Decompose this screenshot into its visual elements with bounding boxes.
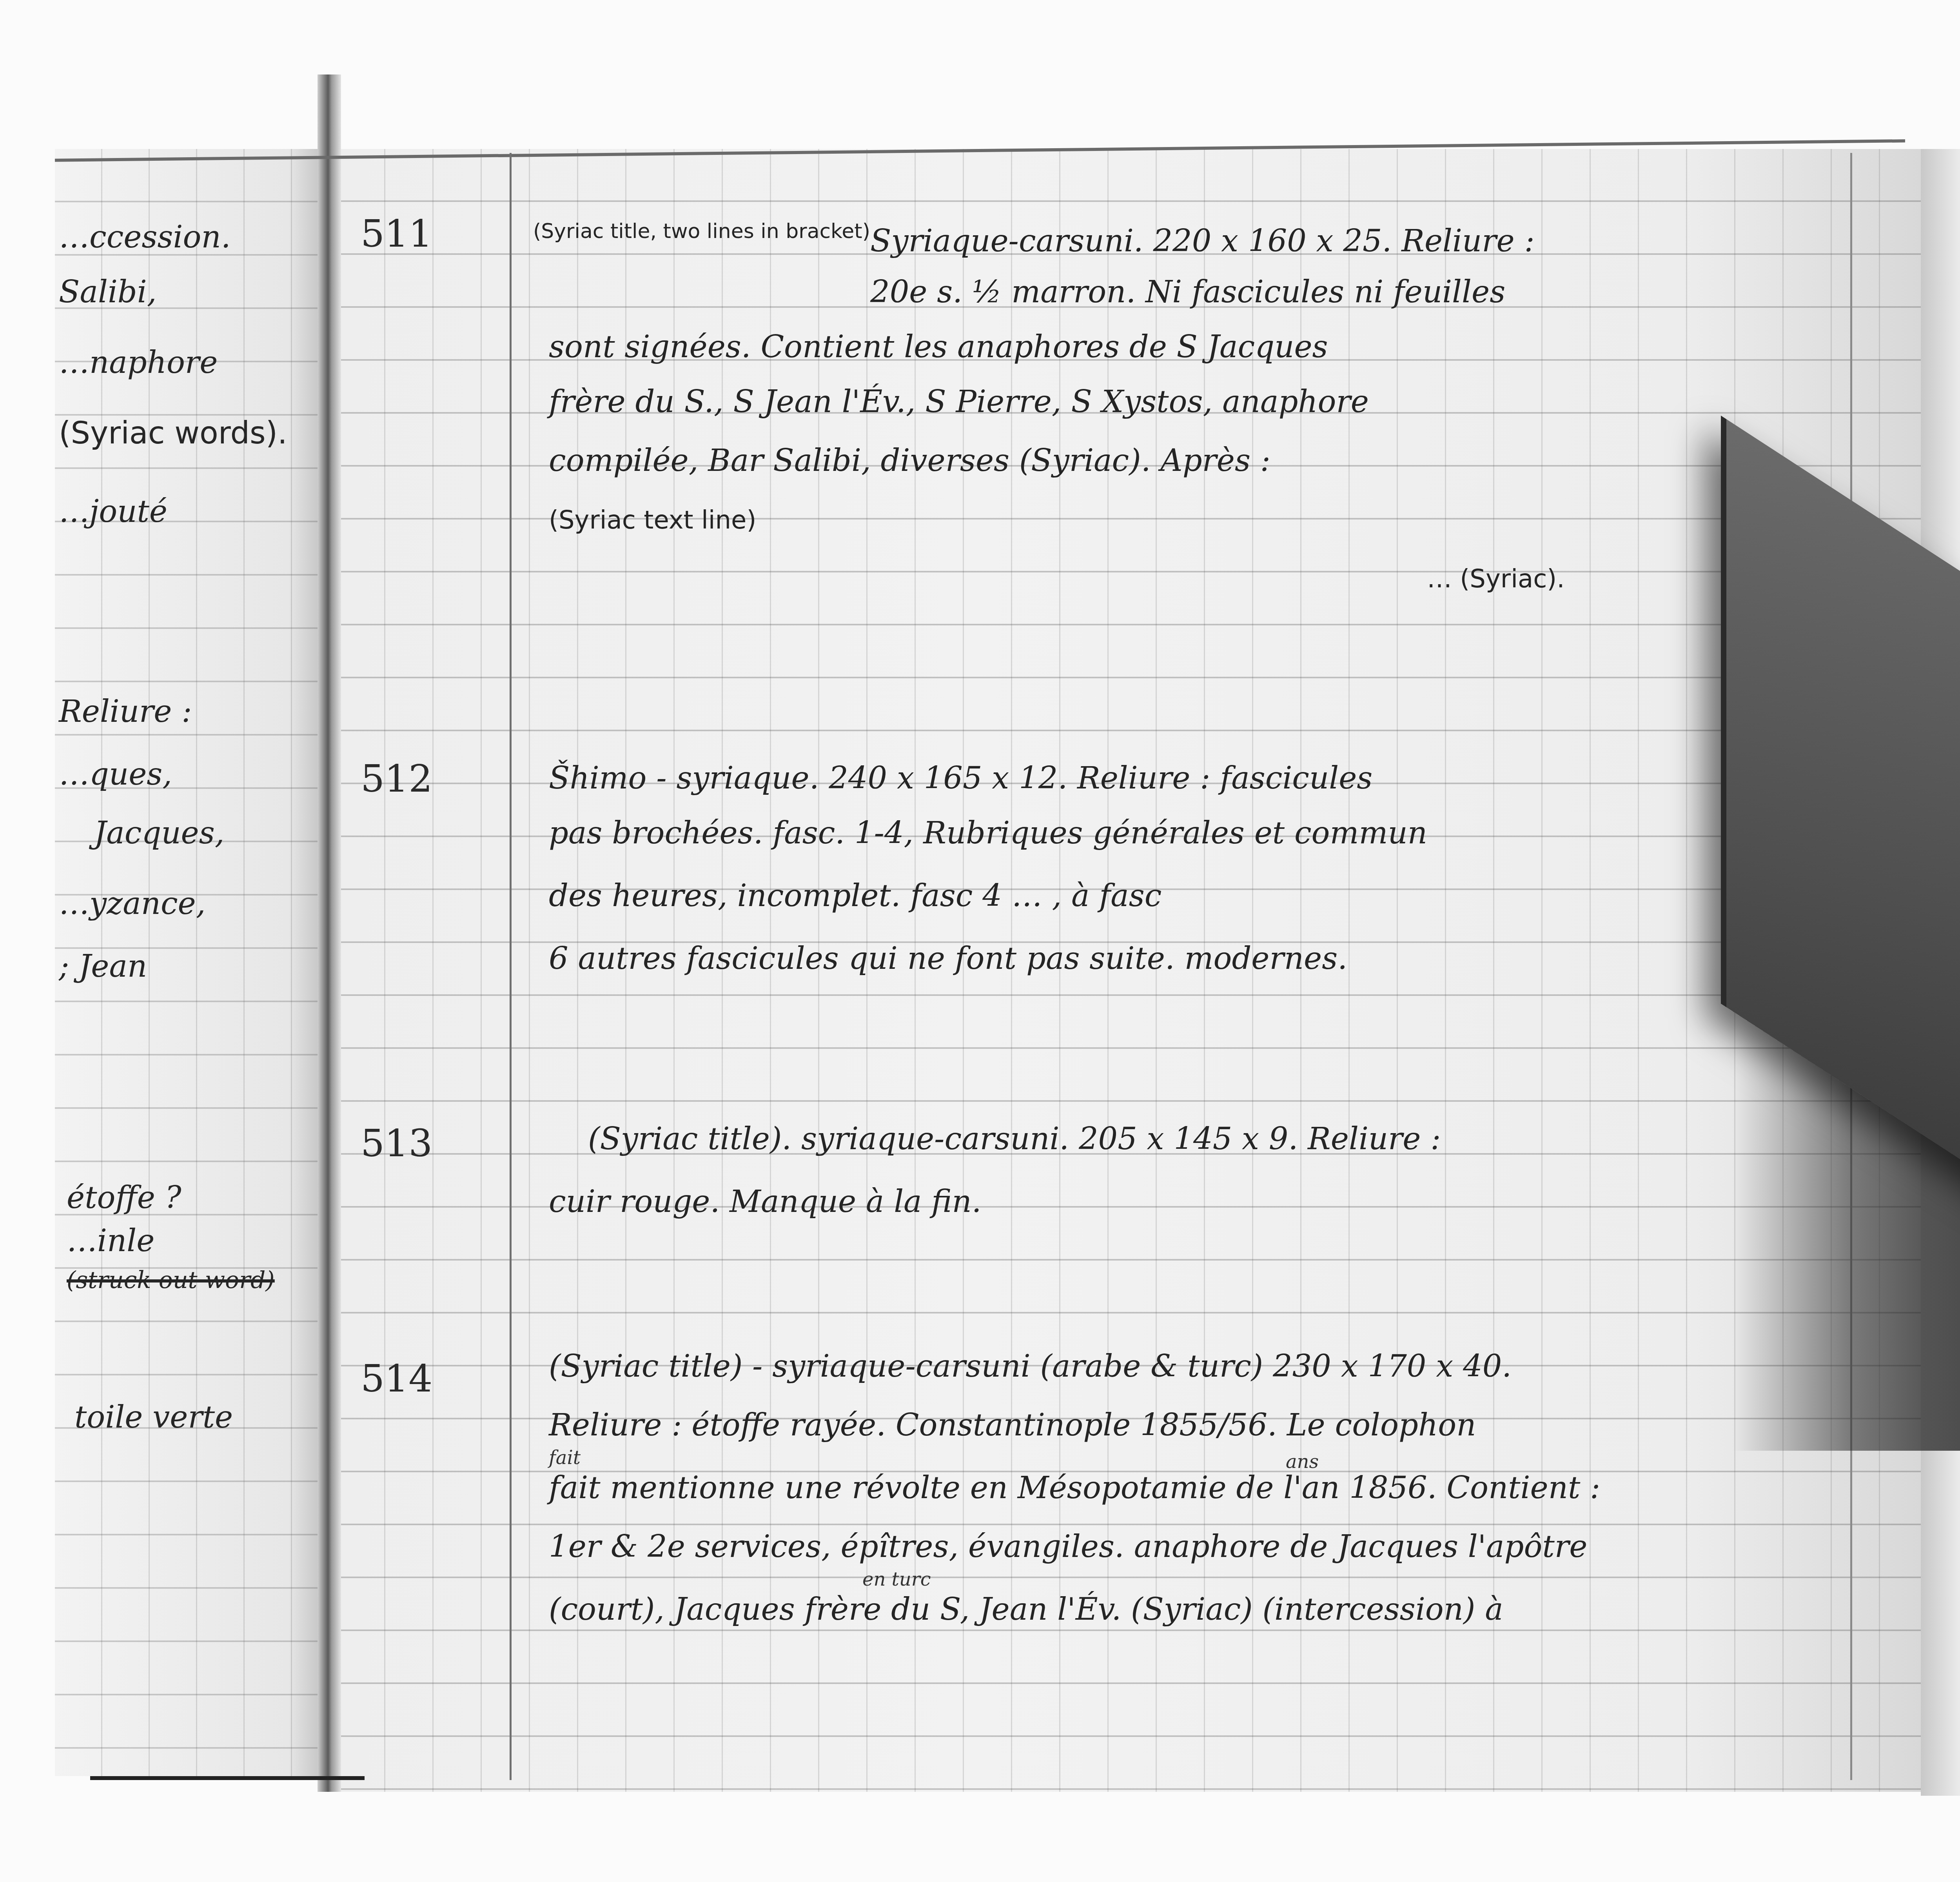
- margin-rule: [510, 153, 512, 1780]
- entry-number: 511: [361, 212, 432, 256]
- left-fragment: …yzance,: [59, 886, 206, 921]
- entry-line: cuir rouge. Manque à la fin.: [549, 1184, 981, 1219]
- entry-line: frère du S., S Jean l'Év., S Pierre, S X…: [549, 384, 1369, 420]
- left-fragment: …jouté: [59, 494, 167, 529]
- entry-line: pas brochées. fasc. 1-4, Rubriques génér…: [549, 816, 1427, 851]
- entry-line: (Syriac text line): [549, 506, 756, 535]
- entry-line: … (Syriac).: [1427, 565, 1565, 594]
- notebook-photo: …ccession. Salibi, …naphore (Syriac word…: [0, 0, 1960, 1882]
- entry-number: 514: [361, 1357, 432, 1401]
- entry-syriac-title: (Syriac title, two lines in bracket): [533, 220, 870, 243]
- left-fragment: étoffe ?: [67, 1180, 181, 1215]
- left-fragment: Salibi,: [59, 274, 157, 310]
- left-fragment: …ques,: [59, 757, 172, 792]
- interlinear-note: ans: [1286, 1451, 1319, 1473]
- entry-line: Šhimo - syriaque. 240 x 165 x 12. Reliur…: [549, 761, 1372, 796]
- interlinear-note: en turc: [862, 1568, 931, 1590]
- entry-line: (Syriac title) - syriaque-carsuni (arabe…: [549, 1349, 1512, 1384]
- left-fragment: …inle: [67, 1223, 154, 1259]
- entry-line: (court), Jacques frère du S, Jean l'Év. …: [549, 1592, 1503, 1627]
- left-fragment: ; Jean: [59, 949, 147, 984]
- entry-line: compilée, Bar Salibi, diverses (Syriac).…: [549, 443, 1270, 478]
- entry-line: fait mentionne une révolte en Mésopotami…: [549, 1470, 1600, 1506]
- entry-number: 513: [361, 1121, 432, 1165]
- left-fragment-struck: (struck-out word): [67, 1266, 275, 1294]
- entry-line: 1er & 2e services, épîtres, évangiles. a…: [549, 1529, 1587, 1564]
- interlinear-note: fait: [549, 1447, 581, 1469]
- entry-number: 512: [361, 757, 432, 801]
- left-fragment: …ccession.: [59, 220, 231, 255]
- left-fragment: Jacques,: [94, 816, 225, 851]
- notebook-gutter: [318, 74, 341, 1792]
- left-fragment: Reliure :: [59, 694, 192, 729]
- entry-line: 20e s. ½ marron. Ni fascicules ni feuill…: [870, 274, 1505, 310]
- bottom-rule: [90, 1776, 365, 1780]
- left-fragment: toile verte: [74, 1400, 233, 1435]
- left-fragment: …naphore: [59, 345, 218, 380]
- entry-line: 6 autres fascicules qui ne font pas suit…: [549, 941, 1347, 976]
- entry-line: (Syriac title). syriaque-carsuni. 205 x …: [588, 1121, 1441, 1157]
- entry-line: sont signées. Contient les anaphores de …: [549, 329, 1328, 365]
- entry-line: Syriaque-carsuni. 220 x 160 x 25. Reliur…: [870, 223, 1535, 259]
- left-fragment: (Syriac words).: [59, 416, 287, 451]
- entry-line: des heures, incomplet. fasc 4 … , à fasc: [549, 878, 1161, 914]
- entry-line: Reliure : étoffe rayée. Constantinople 1…: [549, 1408, 1476, 1443]
